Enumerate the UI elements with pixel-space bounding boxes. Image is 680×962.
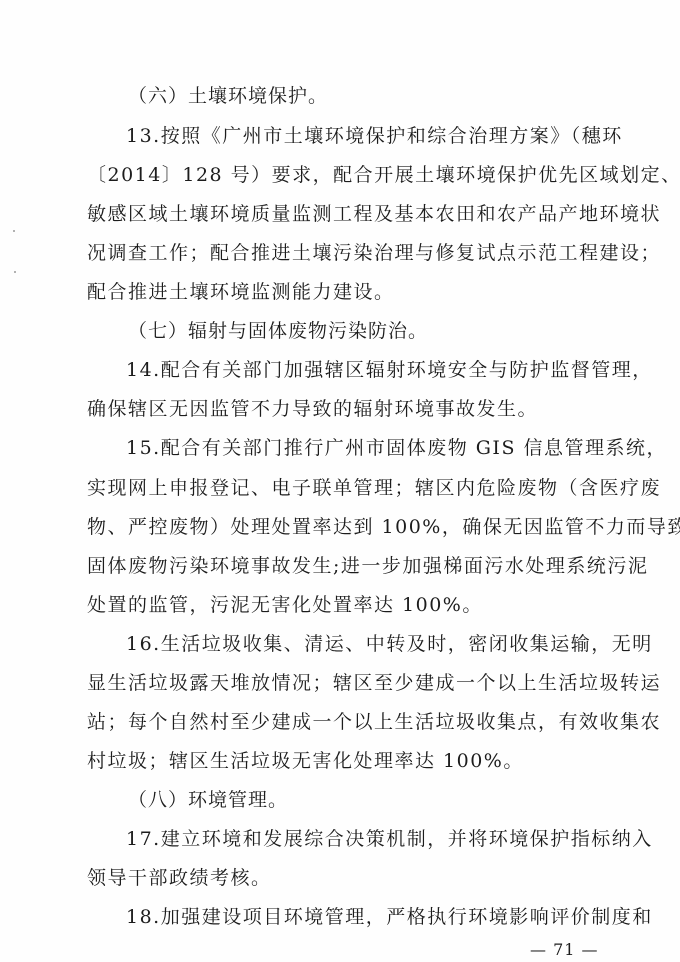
scan-speck bbox=[308, 259, 310, 261]
paragraph-line: 领导干部政绩考核。 bbox=[87, 866, 272, 890]
scan-speck bbox=[14, 271, 16, 273]
paragraph-line: 配合推进土壤环境监测能力建设。 bbox=[87, 280, 395, 304]
paragraph-line: 显生活垃圾露天堆放情况；辖区至少建成一个以上生活垃圾转运 bbox=[87, 671, 661, 695]
document-page: （六）土壤环境保护。 13.按照《广州市土壤环境保护和综合治理方案》（穗环 〔2… bbox=[0, 0, 680, 962]
paragraph-line: 村垃圾；辖区生活垃圾无害化处理率达 100%。 bbox=[87, 749, 524, 773]
section-heading-8: （八）环境管理。 bbox=[128, 788, 288, 812]
page-number: — 71 — bbox=[530, 940, 599, 959]
scan-speck bbox=[13, 230, 15, 232]
paragraph-line: 17.建立环境和发展综合决策机制，并将环境保护指标纳入 bbox=[126, 827, 653, 851]
paragraph-line: 敏感区域土壤环境质量监测工程及基本农田和农产品产地环境状 bbox=[87, 202, 661, 226]
paragraph-line: 处置的监管，污泥无害化处置率达 100%。 bbox=[87, 593, 483, 617]
paragraph-line: 固体废物污染环境事故发生;进一步加强梯面污水处理系统污泥 bbox=[87, 554, 648, 578]
paragraph-line: 确保辖区无因监管不力导致的辐射环境事故发生。 bbox=[87, 397, 538, 421]
paragraph-line: 13.按照《广州市土壤环境保护和综合治理方案》（穗环 bbox=[126, 124, 623, 148]
paragraph-line: 况调查工作；配合推进土壤污染治理与修复试点示范工程建设； bbox=[87, 241, 661, 265]
paragraph-line: 〔2014〕128 号）要求，配合开展土壤环境保护优先区域划定、 bbox=[87, 163, 680, 187]
paragraph-line: 16.生活垃圾收集、清运、中转及时，密闭收集运输，无明 bbox=[126, 632, 653, 656]
paragraph-line: 14.配合有关部门加强辖区辐射环境安全与防护监督管理， bbox=[126, 358, 653, 382]
section-heading-7: （七）辐射与固体废物污染防治。 bbox=[128, 319, 428, 343]
paragraph-line: 实现网上申报登记、电子联单管理；辖区内危险废物（含医疗废 bbox=[87, 476, 661, 500]
paragraph-line: 15.配合有关部门推行广州市固体废物 GIS 信息管理系统， bbox=[126, 436, 667, 460]
paragraph-line: 18.加强建设项目环境管理，严格执行环境影响评价制度和 bbox=[126, 905, 653, 929]
paragraph-line: 站；每个自然村至少建成一个以上生活垃圾收集点，有效收集农 bbox=[87, 710, 661, 734]
paragraph-line: 物、严控废物）处理处置率达到 100%，确保无因监管不力而导致 bbox=[87, 515, 680, 539]
section-heading-6: （六）土壤环境保护。 bbox=[128, 84, 328, 108]
